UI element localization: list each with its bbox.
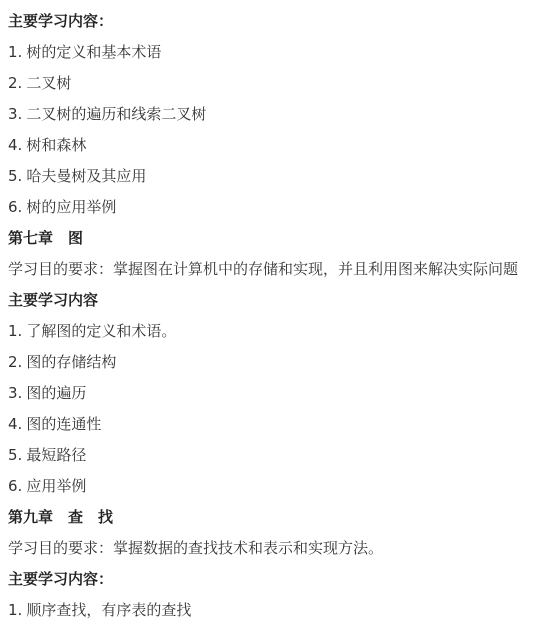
item-number: 1.: [8, 595, 22, 626]
item-text: 树的定义和基本术语: [26, 43, 161, 61]
list-item: 4.图的连通性: [8, 409, 555, 440]
list-item: 2.二叉树: [8, 68, 555, 99]
item-text: 树的应用举例: [26, 198, 116, 216]
item-number: 1.: [8, 316, 22, 347]
document-body: 主要学习内容： 1.树的定义和基本术语 2.二叉树 3.二叉树的遍历和线索二叉树…: [0, 0, 555, 626]
item-text: 应用举例: [26, 477, 86, 495]
item-number: 3.: [8, 99, 22, 130]
chapter-title: 第七章 图: [8, 223, 555, 254]
list-item: 2.图的存储结构: [8, 347, 555, 378]
item-number: 3.: [8, 378, 22, 409]
list-item: 1.了解图的定义和术语。: [8, 316, 555, 347]
item-text: 哈夫曼树及其应用: [26, 167, 146, 185]
item-text: 二叉树的遍历和线索二叉树: [26, 105, 206, 123]
item-number: 6.: [8, 471, 22, 502]
item-text: 图的遍历: [26, 384, 86, 402]
list-item: 4.树和森林: [8, 130, 555, 161]
item-number: 2.: [8, 68, 22, 99]
item-text: 了解图的定义和术语。: [26, 322, 176, 340]
item-number: 4.: [8, 130, 22, 161]
list-item: 1.树的定义和基本术语: [8, 37, 555, 68]
list-item: 5.最短路径: [8, 440, 555, 471]
item-number: 1.: [8, 37, 22, 68]
section-heading: 主要学习内容: [8, 285, 555, 316]
list-item: 1.顺序查找，有序表的查找: [8, 595, 555, 626]
item-number: 2.: [8, 347, 22, 378]
chapter-objective: 学习目的要求：掌握图在计算机中的存储和实现，并且利用图来解决实际问题: [8, 254, 555, 285]
chapter-title: 第九章 查 找: [8, 502, 555, 533]
item-text: 顺序查找，有序表的查找: [26, 601, 191, 619]
list-item: 5.哈夫曼树及其应用: [8, 161, 555, 192]
item-number: 4.: [8, 409, 22, 440]
list-item: 3.图的遍历: [8, 378, 555, 409]
item-number: 5.: [8, 161, 22, 192]
item-text: 图的存储结构: [26, 353, 116, 371]
item-text: 最短路径: [26, 446, 86, 464]
item-number: 6.: [8, 192, 22, 223]
item-text: 二叉树: [26, 74, 71, 92]
item-number: 5.: [8, 440, 22, 471]
list-item: 3.二叉树的遍历和线索二叉树: [8, 99, 555, 130]
list-item: 6.树的应用举例: [8, 192, 555, 223]
list-item: 6.应用举例: [8, 471, 555, 502]
section-heading: 主要学习内容：: [8, 564, 555, 595]
section-heading: 主要学习内容：: [8, 6, 555, 37]
chapter-objective: 学习目的要求：掌握数据的查找技术和表示和实现方法。: [8, 533, 555, 564]
item-text: 树和森林: [26, 136, 86, 154]
item-text: 图的连通性: [26, 415, 101, 433]
